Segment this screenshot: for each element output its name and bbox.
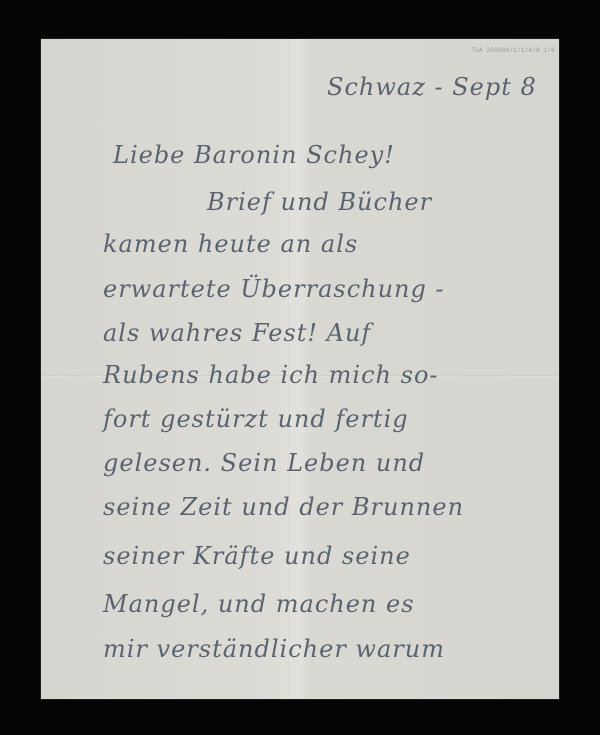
letter-line: fort gestürzt und fertig: [103, 405, 409, 433]
letter-line: Brief und Bücher: [207, 188, 432, 216]
letter-line: seine Zeit und der Brunnen: [103, 493, 464, 521]
letter-line: Mangel, und machen es: [103, 590, 415, 618]
salutation: Liebe Baronin Schey!: [113, 141, 395, 169]
place-date-heading: Schwaz - Sept 8: [327, 73, 537, 101]
letter-line: seiner Kräfte und seine: [103, 542, 411, 570]
letter-line: Rubens habe ich mich so-: [103, 361, 439, 389]
letter-page: TGA 200806/1/1/4/8 1/6 Schwaz - Sept 8 L…: [41, 39, 559, 699]
letter-line: mir verständlicher warum: [103, 635, 445, 663]
letter-line: gelesen. Sein Leben und: [103, 449, 425, 477]
scan-background: TGA 200806/1/1/4/8 1/6 Schwaz - Sept 8 L…: [0, 0, 600, 735]
archive-reference-stamp: TGA 200806/1/1/4/8 1/6: [471, 47, 555, 54]
letter-line: kamen heute an als: [103, 230, 358, 258]
letter-line: erwartete Überraschung -: [103, 275, 445, 303]
letter-line: als wahres Fest! Auf: [103, 319, 371, 347]
